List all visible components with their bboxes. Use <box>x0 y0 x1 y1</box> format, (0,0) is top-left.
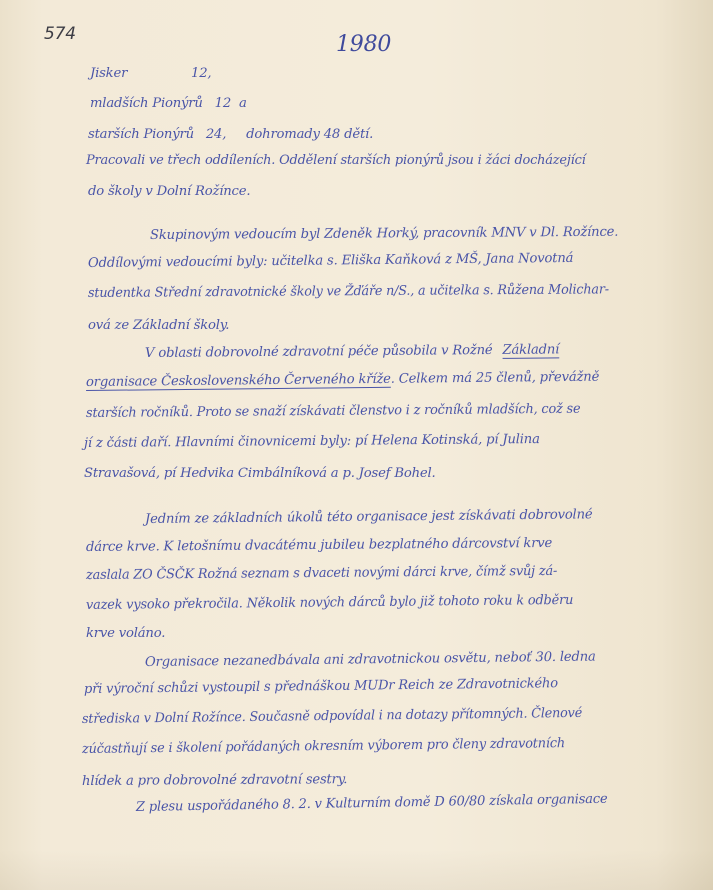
line-jisker: Jisker 12, <box>90 66 211 81</box>
line-organisace-nezanedbavala: Organisace nezanedbávala ani zdravotnick… <box>145 649 596 670</box>
line-starsich-rocniku: starších ročníků. Proto se snaží získáva… <box>86 402 581 421</box>
document-page: 574 1980 Jisker 12, mladších Pionýrů 12 … <box>0 0 713 890</box>
line-pracovali: Pracovali ve třech oddíleních. Oddělení … <box>86 153 586 168</box>
line-skoly: do školy v Dolní Rožínce. <box>88 184 250 199</box>
line-mladsich: mladších Pionýrů 12 a <box>90 96 247 111</box>
line-zaslala: zaslala ZO ČSČK Rožná seznam s dvaceti n… <box>86 564 557 583</box>
line-oddilovymi: Oddílovými vedoucími byly: učitelka s. E… <box>88 251 573 271</box>
line-hlidek: hlídek a pro dobrovolné zdravotní sestry… <box>82 772 347 789</box>
line-v-oblasti: V oblasti dobrovolné zdravotní péče půso… <box>145 342 559 361</box>
line-studentka: studentka Střední zdravotnické školy ve … <box>88 282 609 301</box>
line-z-plesu: Z plesu uspořádaného 8. 2. v Kulturním d… <box>136 792 608 815</box>
line-zavazek: vazek vysoko překročila. Několik nových … <box>86 593 573 613</box>
line-pri-vyrocni: při výroční schůzi vystoupil s přednáško… <box>84 676 558 697</box>
underlined-zakladni: Základní <box>502 342 559 357</box>
line-starsich: starších Pionýrů 24, dohromady 48 dětí. <box>88 127 373 142</box>
line-ji-z-casti: jí z části daří. Hlavními činovnicemi by… <box>84 432 540 451</box>
underlined-organisation-name: organisace Československého Červeného kř… <box>86 372 391 390</box>
line-darce-krve: dárce krve. K letošnímu dvacátému jubile… <box>86 536 552 555</box>
line-stravasova: Stravašová, pí Hedvika Cimbálníková a p.… <box>84 466 436 481</box>
line-zucastnuji: zúčastňují se i školení pořádaných okres… <box>82 736 565 757</box>
line-skupinovym: Skupinovým vedoucím byl Zdeněk Horký, pr… <box>150 225 618 243</box>
year-heading: 1980 <box>336 32 391 57</box>
line-ova: ová ze Základní školy. <box>88 318 229 333</box>
line-krve-volano: krve voláno. <box>86 626 165 641</box>
line-organisace-cscck: organisace Československého Červeného kř… <box>86 370 599 390</box>
line-strediska: střediska v Dolní Rožínce. Současně odpo… <box>82 706 582 727</box>
line-jednim: Jedním ze základních úkolů této organisa… <box>145 507 593 527</box>
line-v-oblasti-text: V oblasti dobrovolné zdravotní péče půso… <box>145 343 493 361</box>
page-number: 574 <box>44 24 76 44</box>
line-celkem-text: . Celkem má 25 členů, převážně <box>391 370 600 387</box>
